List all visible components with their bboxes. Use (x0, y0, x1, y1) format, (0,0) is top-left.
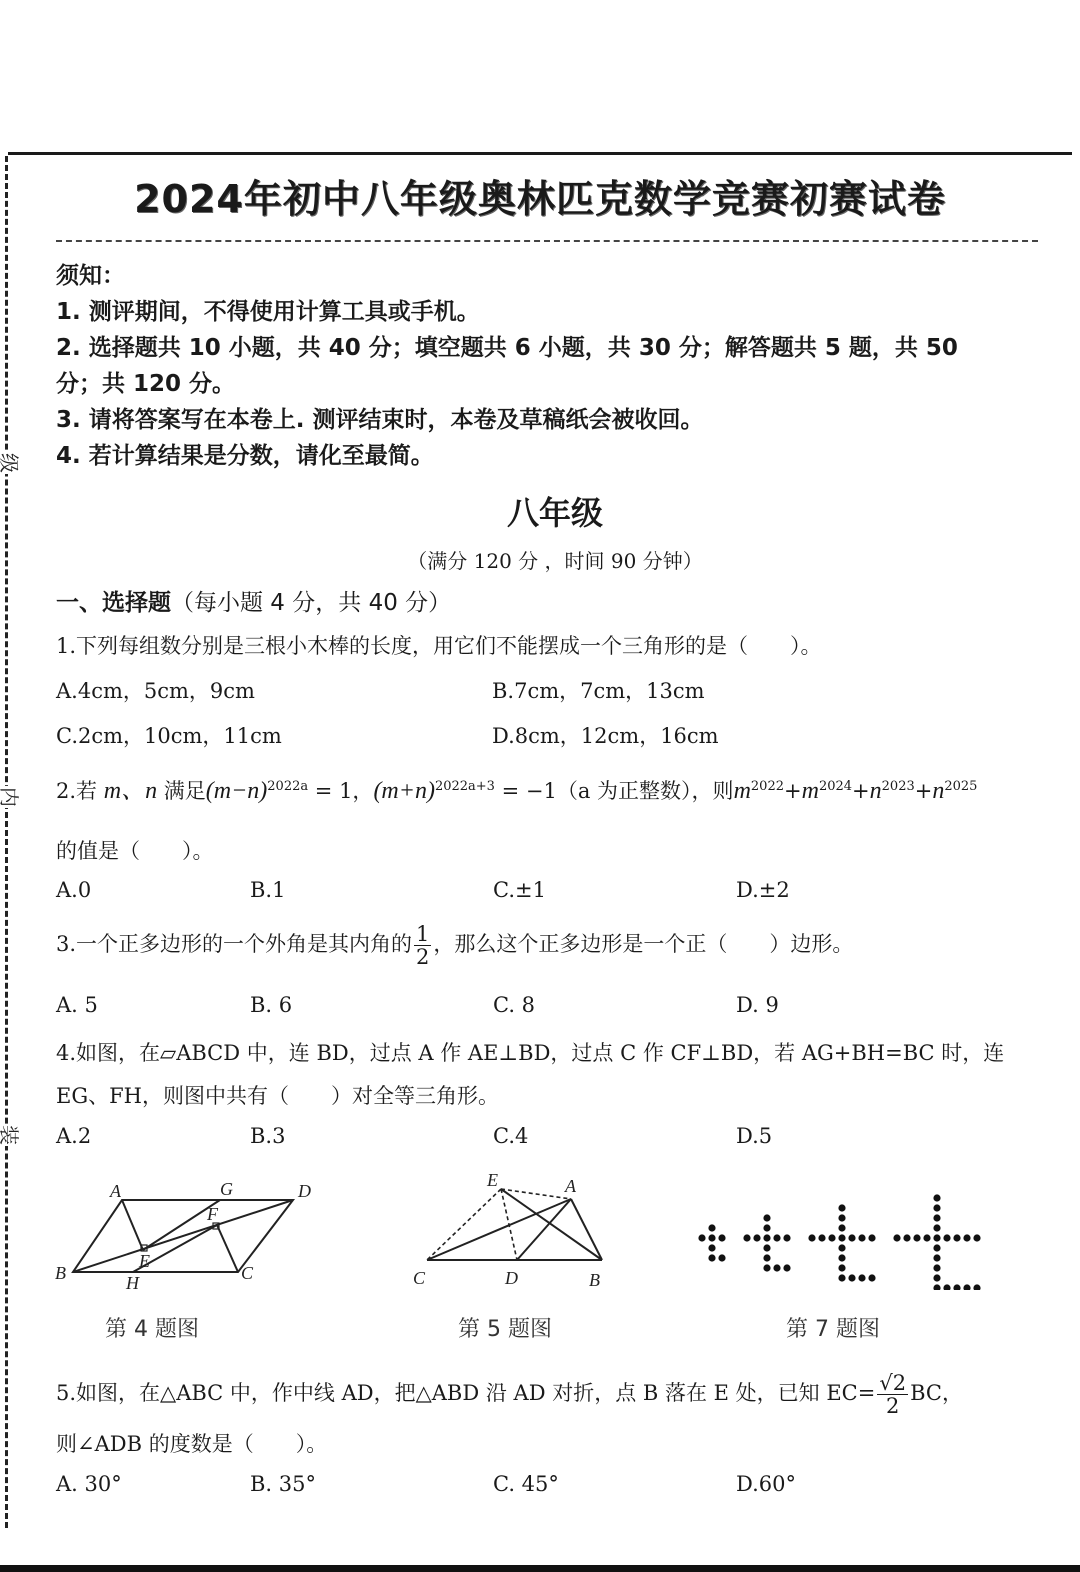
section-title: 一、选择题 (56, 590, 171, 616)
svg-text:D: D (504, 1268, 518, 1288)
figure-4-parallelogram: A G D F E B H C (50, 1175, 320, 1295)
binding-margin-char: 装 (0, 1124, 20, 1146)
math-vars: m、n (104, 778, 157, 804)
question-4-line2: EG、FH，则图中共有（ ）对全等三角形。 (56, 1080, 499, 1110)
notice-item: 3. 请将答案写在本卷上. 测评结束时，本卷及草稿纸会被收回。 (56, 402, 1066, 438)
fraction: 12 (414, 923, 431, 968)
option-d: D.±2 (736, 878, 790, 902)
option-b: B. 6 (250, 993, 292, 1017)
figure-7-caption: 第 7 题图 (786, 1312, 880, 1343)
option-d: D.5 (736, 1124, 772, 1148)
option-b: B.7cm，7cm，13cm (492, 675, 705, 705)
option-c: C.2cm，10cm，11cm (56, 720, 282, 750)
option-c: C. 8 (493, 993, 535, 1017)
svg-text:D: D (297, 1181, 311, 1201)
question-3: 3.一个正多边形的一个外角是其内角的12，那么这个正多边形是一个正（ ）边形。 (56, 923, 853, 968)
notice-item: 2. 选择题共 10 小题，共 40 分；填空题共 6 小题，共 30 分；解答… (56, 330, 1066, 366)
svg-text:G: G (220, 1179, 233, 1199)
option-b: B. 35° (250, 1472, 316, 1496)
svg-text:A: A (564, 1176, 577, 1196)
option-c: C.4 (493, 1124, 528, 1148)
question-text: 下列每组数分别是三根小木棒的长度，用它们不能摆成一个三角形的是（ ）。 (76, 634, 822, 658)
binding-margin-char: 内 (0, 786, 20, 808)
question-2: 2.若 m、n 满足(m−n)2022a = 1，(m+n)2022a+3 = … (56, 770, 977, 805)
top-rule (8, 152, 1072, 155)
svg-text:C: C (241, 1263, 254, 1283)
grade-title: 八年级 (0, 488, 1080, 534)
option-a: A. 30° (56, 1472, 122, 1496)
option-a: A.2 (56, 1124, 91, 1148)
notice-item: 4. 若计算结果是分数，请化至最简。 (56, 438, 1066, 474)
section-heading: 一、选择题（每小题 4 分，共 40 分） (56, 584, 451, 617)
question-2-line2: 的值是（ ）。 (56, 835, 214, 865)
bottom-rule (0, 1565, 1080, 1572)
svg-text:F: F (206, 1204, 219, 1224)
fraction: √22 (877, 1372, 908, 1417)
figure-5-triangle: E A C D B (405, 1170, 615, 1295)
figure-4-caption: 第 4 题图 (105, 1312, 199, 1343)
binding-dashed-line (5, 156, 8, 1528)
svg-text:C: C (413, 1268, 426, 1288)
question-4: 4.如图，在▱ABCD 中，连 BD，过点 A 作 AE⊥BD，过点 C 作 C… (56, 1037, 1004, 1067)
option-a: A. 5 (56, 993, 98, 1017)
svg-text:A: A (109, 1181, 122, 1201)
svg-text:E: E (486, 1170, 498, 1190)
question-5-line2: 则∠ADB 的度数是（ ）。 (56, 1428, 327, 1458)
title-divider (56, 240, 1038, 242)
page-title: 2024年初中八年级奥林匹克数学竞赛初赛试卷 (0, 168, 1080, 223)
section-note: （每小题 4 分，共 40 分） (171, 590, 451, 616)
svg-text:E: E (138, 1251, 150, 1271)
option-d: D.60° (736, 1472, 796, 1496)
question-1: 1.下列每组数分别是三根小木棒的长度，用它们不能摆成一个三角形的是（ ）。 (56, 630, 822, 660)
figure-7-dot-patterns (690, 1180, 990, 1290)
notice-item: 分；共 120 分。 (56, 366, 1066, 402)
svg-text:H: H (125, 1273, 140, 1293)
option-d: D.8cm，12cm，16cm (492, 720, 719, 750)
notice-item: 1. 测评期间，不得使用计算工具或手机。 (56, 294, 1066, 330)
question-5: 5.如图，在△ABC 中，作中线 AD，把△ABD 沿 AD 对折，点 B 落在… (56, 1372, 963, 1417)
option-d: D. 9 (736, 993, 779, 1017)
binding-margin-char: 级 (0, 452, 20, 474)
svg-text:B: B (589, 1270, 600, 1290)
svg-text:B: B (55, 1263, 66, 1283)
notice-heading: 须知： (56, 258, 1066, 294)
option-c: C. 45° (493, 1472, 559, 1496)
notice-block: 须知： 1. 测评期间，不得使用计算工具或手机。 2. 选择题共 10 小题，共… (56, 258, 1066, 474)
option-c: C.±1 (493, 878, 546, 902)
option-b: B.3 (250, 1124, 285, 1148)
option-a: A.4cm，5cm，9cm (56, 675, 255, 705)
option-a: A.0 (56, 878, 91, 902)
option-b: B.1 (250, 878, 285, 902)
figure-5-caption: 第 5 题图 (458, 1312, 552, 1343)
grade-subtitle: （满分 120 分 ，时间 90 分钟） (0, 545, 1080, 574)
